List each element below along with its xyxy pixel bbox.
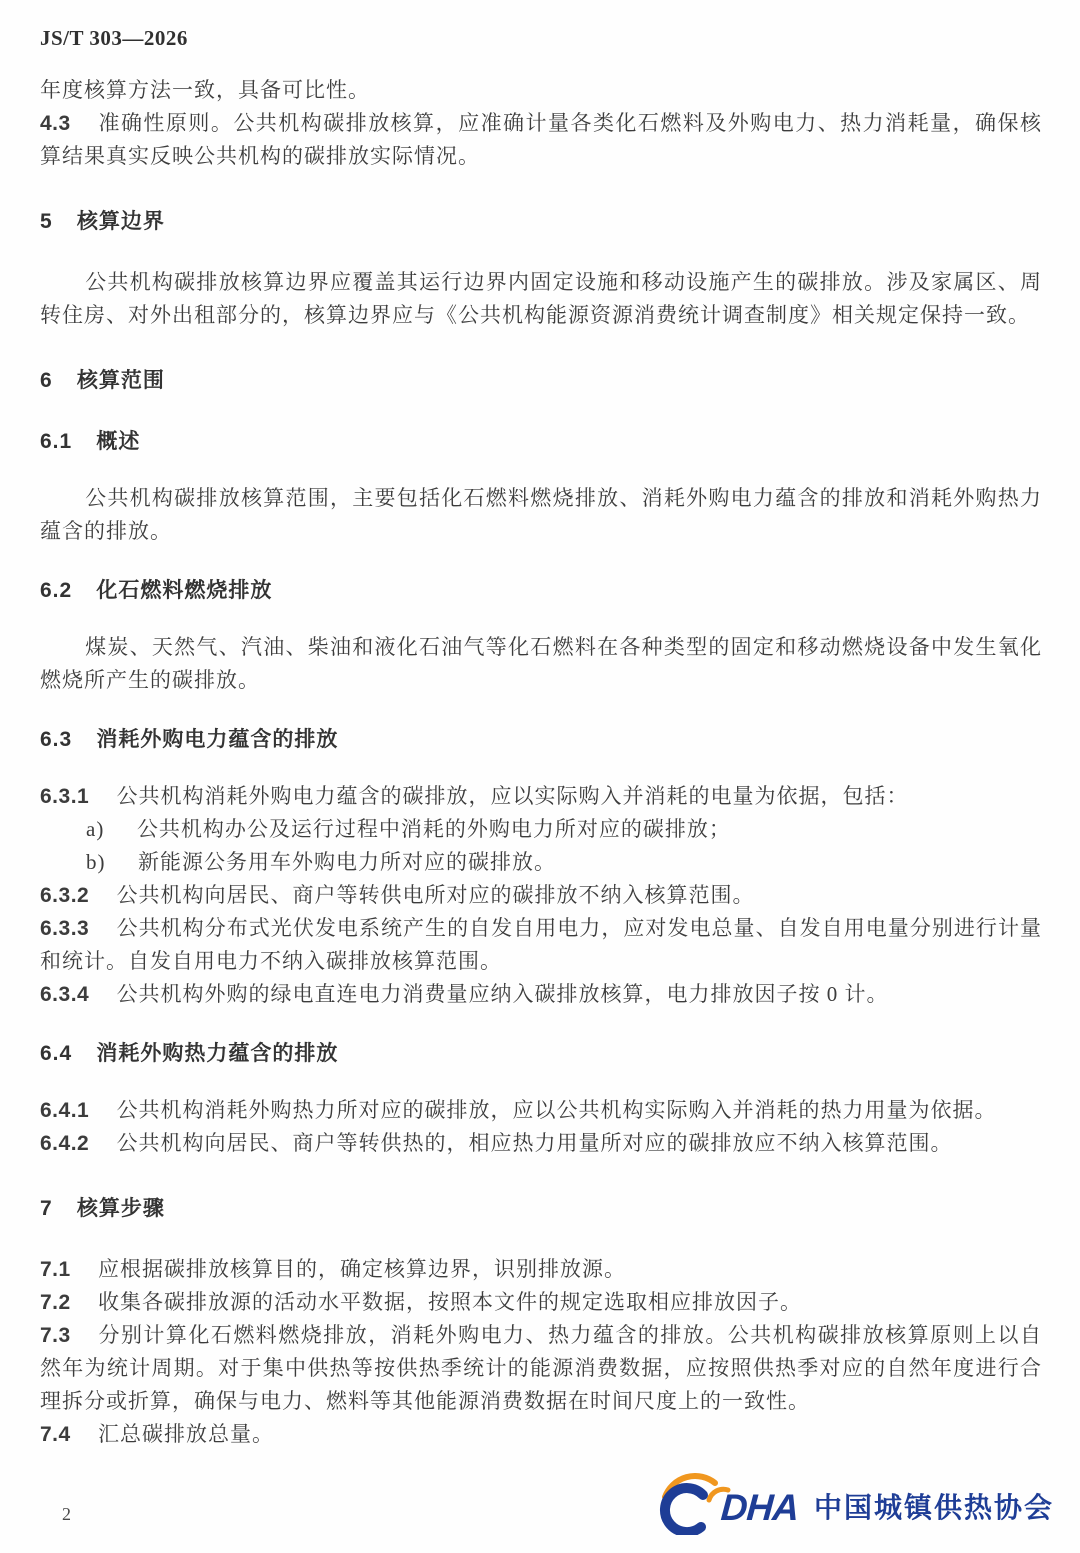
clause-text: 分别计算化石燃料燃烧排放，消耗外购电力、热力蕴含的排放。公共机构碳排放核算原则上… (40, 1323, 1042, 1413)
clause-number: 7 (40, 1197, 53, 1220)
document-body: 年度核算方法一致，具备可比性。4.3准确性原则。公共机构碳排放核算，应准确计量各… (40, 74, 1042, 1451)
clause-text: 新能源公务用车外购电力所对应的碳排放。 (138, 850, 556, 874)
clause-number: a) (86, 817, 104, 841)
clause-text: 公共机构外购的绿电直连电力消费量应纳入碳排放核算，电力排放因子按 0 计。 (117, 982, 889, 1006)
clause-number: b) (86, 850, 106, 874)
clause-number: 7.1 (40, 1258, 71, 1281)
paragraph: 年度核算方法一致，具备可比性。 (40, 74, 1042, 107)
clause-text: 公共机构向居民、商户等转供热的，相应热力用量所对应的碳排放应不纳入核算范围。 (117, 1131, 953, 1155)
clause-text: 公共机构办公及运行过程中消耗的外购电力所对应的碳排放； (137, 817, 731, 841)
clause-number: 6.3.2 (40, 884, 89, 907)
paragraph: 7.3分别计算化石燃料燃烧排放，消耗外购电力、热力蕴含的排放。公共机构碳排放核算… (40, 1319, 1042, 1418)
paragraph: 7.1应根据碳排放核算目的，确定核算边界，识别排放源。 (40, 1253, 1042, 1286)
clause-number: 6.3 (40, 728, 72, 751)
paragraph: 6.4.1公共机构消耗外购热力所对应的碳排放，应以公共机构实际购入并消耗的热力用… (40, 1094, 1042, 1127)
clause-number: 6.3.4 (40, 983, 89, 1006)
clause-text: 核算步骤 (77, 1197, 165, 1220)
clause-number: 6.3.3 (40, 917, 89, 940)
clause-number: 6 (40, 369, 53, 392)
clause-number: 5 (40, 210, 53, 233)
clause-text: 消耗外购电力蕴含的排放 (96, 728, 338, 751)
clause-text: 公共机构消耗外购热力所对应的碳排放，应以公共机构实际购入并消耗的热力用量为依据。 (117, 1098, 997, 1122)
clause-text: 核算范围 (77, 369, 165, 392)
clause-number: 6.4 (40, 1042, 72, 1065)
paragraph: 公共机构碳排放核算边界应覆盖其运行边界内固定设施和移动设施产生的碳排放。涉及家属… (40, 266, 1042, 332)
clause-number: 6.2 (40, 579, 72, 602)
section-heading: 6.3消耗外购电力蕴含的排放 (40, 723, 1042, 756)
list-item: b)新能源公务用车外购电力所对应的碳排放。 (40, 846, 1042, 879)
clause-number: 4.3 (40, 112, 71, 135)
paragraph: 6.3.1公共机构消耗外购电力蕴含的碳排放，应以实际购入并消耗的电量为依据，包括… (40, 780, 1042, 813)
clause-text: 化石燃料燃烧排放 (96, 579, 272, 602)
clause-text: 汇总碳排放总量。 (98, 1422, 274, 1446)
section-heading: 6.2化石燃料燃烧排放 (40, 574, 1042, 607)
list-item: a)公共机构办公及运行过程中消耗的外购电力所对应的碳排放； (40, 813, 1042, 846)
clause-text: 概述 (96, 430, 140, 453)
section-heading: 6核算范围 (40, 364, 1042, 397)
clause-number: 6.4.2 (40, 1132, 89, 1155)
footer-logo: DHA 中国城镇供热协会 (651, 1473, 1054, 1535)
section-heading: 6.4消耗外购热力蕴含的排放 (40, 1037, 1042, 1070)
page-number: 2 (62, 1504, 71, 1525)
paragraph: 煤炭、天然气、汽油、柴油和液化石油气等化石燃料在各种类型的固定和移动燃烧设备中发… (40, 631, 1042, 697)
section-heading: 7核算步骤 (40, 1192, 1042, 1225)
section-heading: 6.1概述 (40, 425, 1042, 458)
clause-text: 公共机构向居民、商户等转供电所对应的碳排放不纳入核算范围。 (117, 883, 755, 907)
paragraph: 6.3.4公共机构外购的绿电直连电力消费量应纳入碳排放核算，电力排放因子按 0 … (40, 978, 1042, 1011)
clause-number: 7.3 (40, 1324, 71, 1347)
clause-number: 6.3.1 (40, 785, 89, 808)
clause-text: 核算边界 (77, 210, 165, 233)
doc-code-header: JS/T 303—2026 (40, 26, 188, 51)
paragraph: 公共机构碳排放核算范围，主要包括化石燃料燃烧排放、消耗外购电力蕴含的排放和消耗外… (40, 482, 1042, 548)
org-name: 中国城镇供热协会 (814, 1486, 1054, 1526)
clause-number: 6.1 (40, 430, 72, 453)
clause-number: 6.4.1 (40, 1099, 89, 1122)
cdha-logo-letters: DHA (719, 1487, 799, 1529)
clause-text: 应根据碳排放核算目的，确定核算边界，识别排放源。 (98, 1257, 626, 1281)
paragraph: 4.3准确性原则。公共机构碳排放核算，应准确计量各类化石燃料及外购电力、热力消耗… (40, 107, 1042, 173)
paragraph: 7.2收集各碳排放源的活动水平数据，按照本文件的规定选取相应排放因子。 (40, 1286, 1042, 1319)
paragraph: 6.4.2公共机构向居民、商户等转供热的，相应热力用量所对应的碳排放应不纳入核算… (40, 1127, 1042, 1160)
clause-number: 7.2 (40, 1291, 71, 1314)
paragraph: 7.4汇总碳排放总量。 (40, 1418, 1042, 1451)
clause-number: 7.4 (40, 1423, 71, 1446)
document-page: JS/T 303—2026 年度核算方法一致，具备可比性。4.3准确性原则。公共… (0, 0, 1080, 1553)
section-heading: 5核算边界 (40, 205, 1042, 238)
paragraph: 6.3.2公共机构向居民、商户等转供电所对应的碳排放不纳入核算范围。 (40, 879, 1042, 912)
clause-text: 消耗外购热力蕴含的排放 (96, 1042, 338, 1065)
paragraph: 6.3.3公共机构分布式光伏发电系统产生的自发自用电力，应对发电总量、自发自用电… (40, 912, 1042, 978)
clause-text: 公共机构分布式光伏发电系统产生的自发自用电力，应对发电总量、自发自用电量分别进行… (40, 916, 1042, 973)
clause-text: 收集各碳排放源的活动水平数据，按照本文件的规定选取相应排放因子。 (98, 1290, 802, 1314)
clause-text: 准确性原则。公共机构碳排放核算，应准确计量各类化石燃料及外购电力、热力消耗量，确… (40, 111, 1042, 168)
clause-text: 公共机构消耗外购电力蕴含的碳排放，应以实际购入并消耗的电量为依据，包括： (117, 784, 909, 808)
